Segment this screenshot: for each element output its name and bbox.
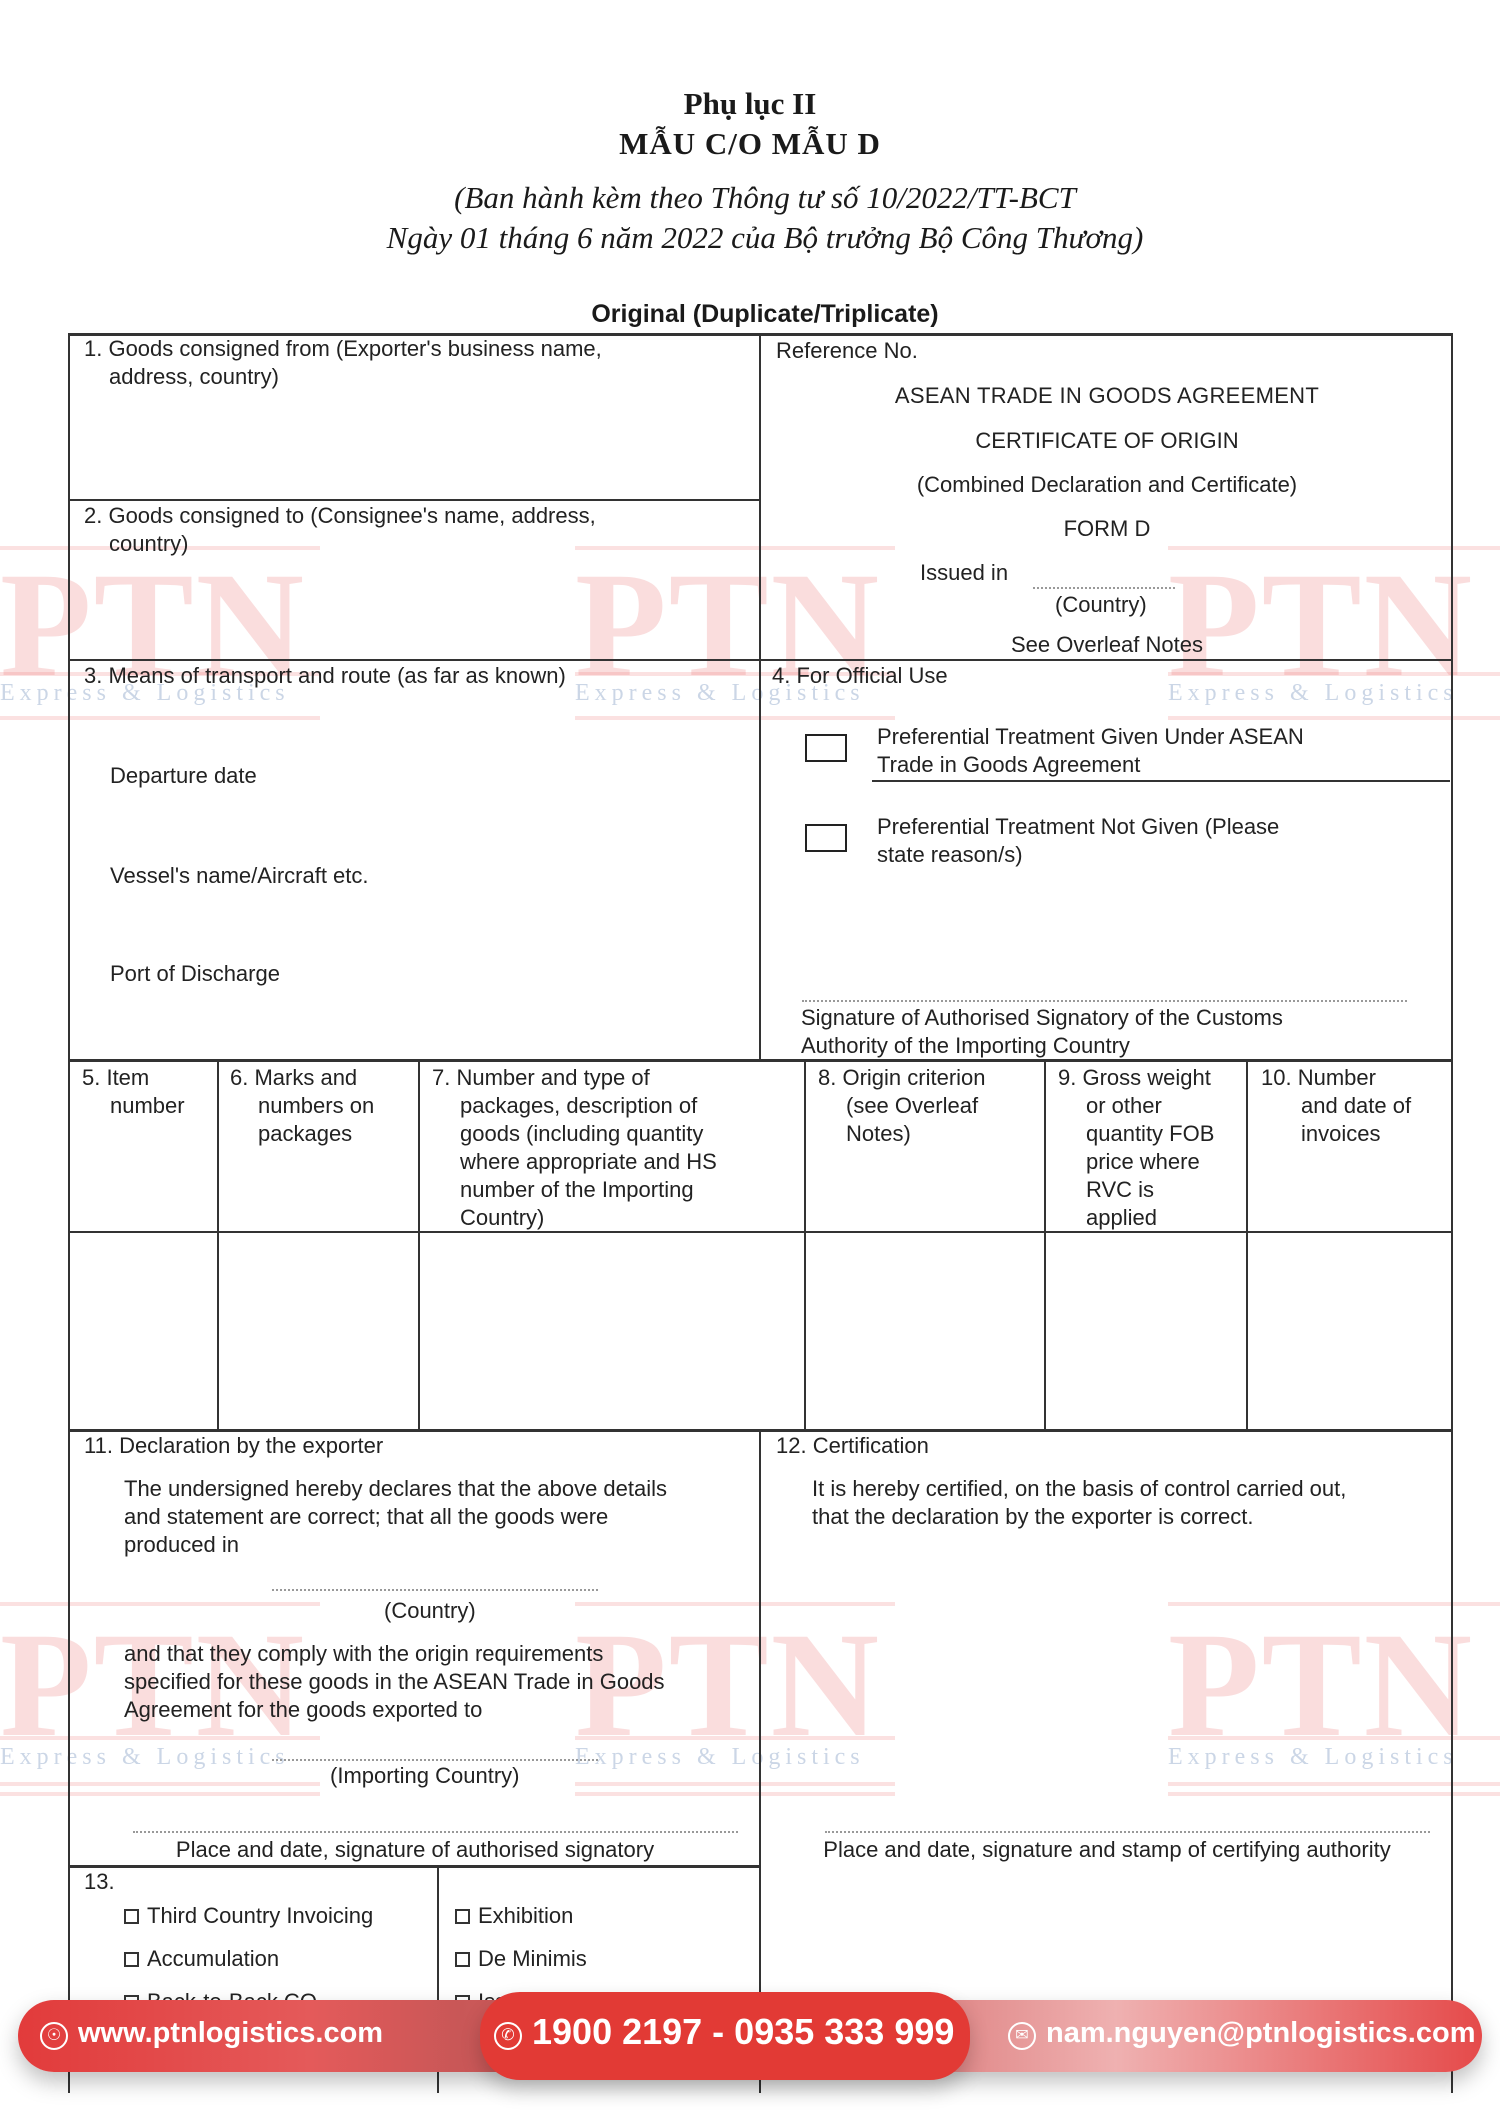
gross-weight-cell[interactable] xyxy=(1047,1234,1245,1428)
box12-label: 12. Certification xyxy=(776,1432,929,1460)
reference-no-field[interactable] xyxy=(940,337,1440,367)
vessel-name-label: Vessel's name/Aircraft etc. xyxy=(110,862,369,890)
item-number-cell[interactable] xyxy=(71,1234,216,1428)
column-header-description: 7. Number and type of packages, descript… xyxy=(432,1064,717,1232)
departure-date-field[interactable] xyxy=(300,760,750,792)
produced-in-country-field[interactable] xyxy=(272,1558,598,1588)
option-third-country-invoicing[interactable]: Third Country Invoicing xyxy=(124,1894,373,1937)
origin-criterion-cell[interactable] xyxy=(807,1234,1043,1428)
option-exhibition[interactable]: Exhibition xyxy=(455,1894,676,1937)
preferential-given-label: Preferential Treatment Given Under ASEAN… xyxy=(877,723,1304,779)
box2-label: 2. Goods consigned to (Consignee's name,… xyxy=(84,502,596,558)
checkbox-icon[interactable] xyxy=(455,1909,470,1924)
certifying-authority-signature-label: Place and date, signature and stamp of c… xyxy=(762,1836,1452,1864)
checkbox-icon[interactable] xyxy=(455,1952,470,1967)
importing-country-caption: (Importing Country) xyxy=(330,1762,520,1790)
overleaf-note: See Overleaf Notes xyxy=(762,631,1452,659)
preferential-not-given-checkbox[interactable] xyxy=(805,824,847,852)
checkbox-icon[interactable] xyxy=(124,1909,139,1924)
form-d-label: FORM D xyxy=(762,515,1452,543)
preferential-given-checkbox[interactable] xyxy=(805,734,847,762)
phone-link[interactable]: 1900 2197 - 0935 333 999 xyxy=(532,2011,954,2053)
consignee-field[interactable] xyxy=(72,560,756,655)
column-header-origin-criterion: 8. Origin criterion (see Overleaf Notes) xyxy=(818,1064,986,1148)
issued-note-line1: (Ban hành kèm theo Thông tư số 10/2022/T… xyxy=(0,180,1500,216)
phone-icon: ✆ xyxy=(494,2022,522,2050)
exporter-field[interactable] xyxy=(72,395,756,495)
certificate-title: CERTIFICATE OF ORIGIN xyxy=(762,427,1452,455)
column-header-invoices: 10. Number and date of invoices xyxy=(1261,1064,1411,1148)
issued-in-label: Issued in xyxy=(920,559,1008,587)
appendix-title: Phụ lục II xyxy=(0,86,1500,122)
issued-in-country-caption: (Country) xyxy=(1055,591,1147,619)
compliance-text: and that they comply with the origin req… xyxy=(124,1640,665,1724)
box1-label: 1. Goods consigned from (Exporter's busi… xyxy=(84,335,602,391)
exporter-signature-label: Place and date, signature of authorised … xyxy=(70,1836,760,1864)
combined-note: (Combined Declaration and Certificate) xyxy=(762,471,1452,499)
marks-cell[interactable] xyxy=(220,1234,417,1428)
customs-signature-label: Signature of Authorised Signatory of the… xyxy=(801,1004,1283,1060)
declaration-text: The undersigned hereby declares that the… xyxy=(124,1475,667,1559)
mail-icon: ✉ xyxy=(1008,2022,1036,2050)
port-of-discharge-field[interactable] xyxy=(320,958,750,990)
column-header-gross-weight: 9. Gross weight or other quantity FOB pr… xyxy=(1058,1064,1214,1232)
box13-label: 13. xyxy=(84,1868,115,1896)
description-cell[interactable] xyxy=(421,1234,803,1428)
website-link[interactable]: www.ptnlogistics.com xyxy=(78,2017,383,2050)
checkbox-icon[interactable] xyxy=(124,1952,139,1967)
email-link[interactable]: nam.nguyen@ptnlogistics.com xyxy=(1046,2017,1476,2050)
form-title: MẪU C/O MẪU D xyxy=(0,126,1500,162)
port-of-discharge-label: Port of Discharge xyxy=(110,960,280,988)
country-caption: (Country) xyxy=(384,1597,476,1625)
certification-text: It is hereby certified, on the basis of … xyxy=(812,1475,1346,1531)
preferential-not-given-label: Preferential Treatment Not Given (Please… xyxy=(877,813,1279,869)
globe-icon: ☉ xyxy=(40,2022,68,2050)
option-de-minimis[interactable]: De Minimis xyxy=(455,1937,676,1980)
column-header-marks: 6. Marks and numbers on packages xyxy=(230,1064,374,1148)
invoices-cell[interactable] xyxy=(1249,1234,1450,1428)
copy-type: Original (Duplicate/Triplicate) xyxy=(0,300,1500,329)
issued-in-country-field[interactable] xyxy=(1033,557,1175,587)
box4-label: 4. For Official Use xyxy=(772,662,948,690)
agreement-title: ASEAN TRADE IN GOODS AGREEMENT xyxy=(762,382,1452,410)
box11-label: 11. Declaration by the exporter xyxy=(84,1432,383,1460)
vessel-name-field[interactable] xyxy=(420,860,750,892)
departure-date-label: Departure date xyxy=(110,762,257,790)
issued-note-line2: Ngày 01 tháng 6 năm 2022 của Bộ trưởng B… xyxy=(0,220,1500,256)
option-accumulation[interactable]: Accumulation xyxy=(124,1937,373,1980)
box3-label: 3. Means of transport and route (as far … xyxy=(84,662,566,690)
column-header-item-number: 5. Item number xyxy=(82,1064,185,1120)
importing-country-field[interactable] xyxy=(272,1728,598,1758)
reference-no-label: Reference No. xyxy=(776,337,918,365)
